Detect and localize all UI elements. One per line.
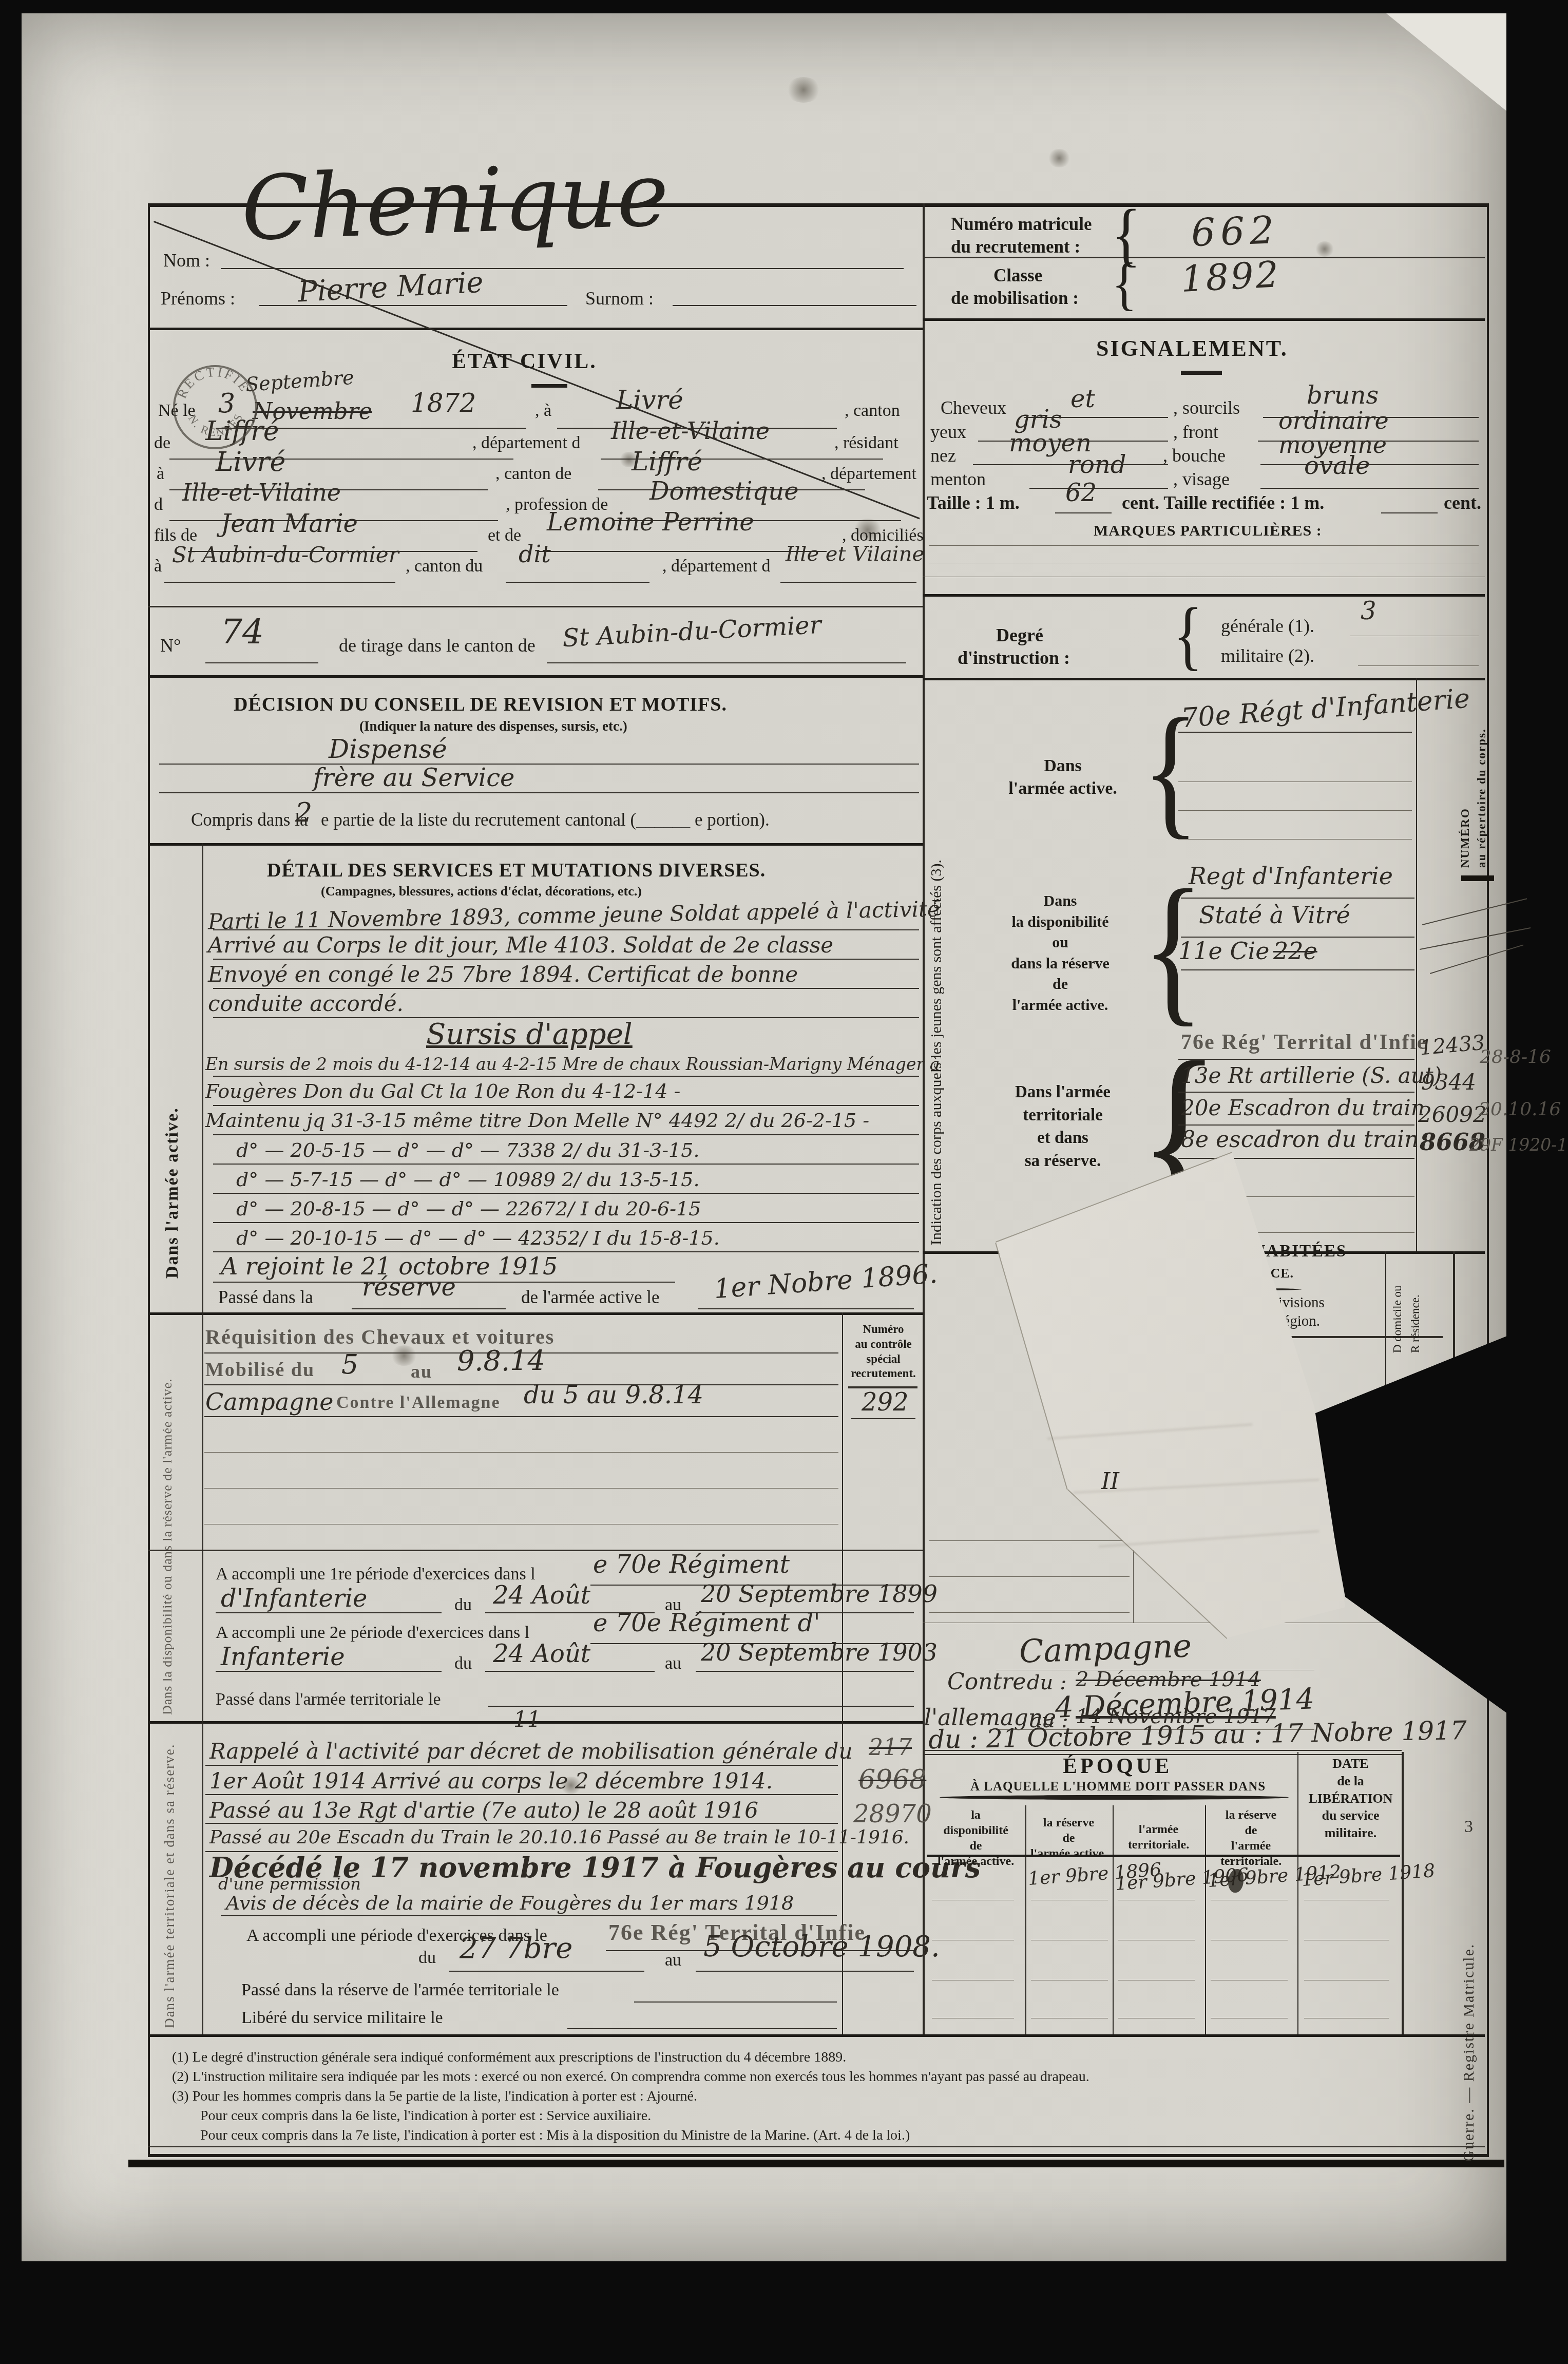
corps-dispo-value-3: 11e Cie (1178, 939, 1270, 964)
services-line: d° — 20-10-15 — d° — d° — 42352/ I du 15… (236, 1228, 720, 1249)
rule (1031, 2018, 1108, 2018)
epoque-brace-ornament (940, 1795, 1289, 1800)
classe-brace: { (1112, 253, 1137, 316)
rule (352, 1308, 506, 1309)
label: au (665, 1951, 681, 1970)
label: , département d (662, 557, 771, 576)
rule (1055, 512, 1112, 513)
rule (1211, 1900, 1288, 1900)
registre-matricule-imprint: Guerre. — Registre Matricule. (1461, 1843, 1477, 2162)
rule (213, 988, 919, 989)
periode1-regiment: e 70e Régiment (593, 1552, 790, 1578)
matricule-label-line1: Numéro matricule (951, 215, 1092, 234)
corps-terr-row-note: 29F 1920-18 (1469, 1136, 1568, 1154)
degre-label-1: Degré (996, 625, 1043, 645)
periode2-from: 24 Août (493, 1641, 590, 1668)
svg-text:RECTIFIÉ: RECTIFIÉ (174, 364, 253, 401)
services-title: DÉTAIL DES SERVICES ET MUTATIONS DIVERSE… (267, 860, 766, 881)
classe-label-line2: de mobilisation : (951, 289, 1079, 308)
section-line (923, 678, 1485, 680)
mobilise-from: 5 (341, 1350, 358, 1379)
sourcils-value: bruns (1307, 383, 1379, 409)
corps-territoriale-label: Dans l'armée territoriale et dans sa rés… (978, 1081, 1148, 1172)
departement-value-3: Ille et Vilaine (786, 543, 924, 565)
footnote-4: Pour ceux compris dans la 6e liste, l'in… (200, 2108, 651, 2124)
section-line (148, 328, 923, 330)
rule (1118, 1900, 1195, 1900)
corps-terr-row-num: 9344 (1421, 1071, 1476, 1094)
label: de (154, 434, 170, 453)
mobilise-au: au (411, 1362, 432, 1382)
bottom-heavy-bar (128, 2160, 1504, 2167)
menton-label: menton (930, 469, 986, 489)
surnom-label: Surnom : (585, 289, 654, 309)
label: d (154, 495, 163, 514)
decision-subtitle: (Indiquer la nature des dispenses, sursi… (359, 719, 627, 734)
menton-value: rond (1068, 452, 1126, 479)
rule (1211, 2018, 1288, 2018)
rule (1181, 969, 1414, 970)
corps-terr-row-note: 20.10.16 (1479, 1100, 1561, 1120)
nom-label: Nom : (163, 251, 210, 271)
surname-signature: Chenique (240, 147, 671, 257)
margin-number-struck: 217 (869, 1736, 912, 1760)
rule (213, 959, 919, 960)
matricule-label-line2: du recrutement : (951, 237, 1080, 257)
rule (547, 662, 906, 663)
rule (488, 1706, 914, 1707)
mother-name: Lemoine Perrine (547, 509, 754, 536)
rule (213, 1134, 919, 1135)
rule (851, 1418, 915, 1419)
epoque-col3-header: l'armée territoriale. (1114, 1822, 1203, 1853)
margin-label-territoriale: Dans l'armée territoriale et dans sa rés… (162, 1741, 177, 2028)
classe-value: 1892 (1180, 255, 1282, 299)
rule (204, 1488, 838, 1489)
roman-numeral-ii: II (1101, 1470, 1119, 1494)
avis-deces-line: Avis de décès de la mairie de Fougères d… (226, 1893, 794, 1914)
section-line (923, 1623, 1453, 1623)
services-line: d° — 20-5-15 — d° — d° — 7338 2/ du 31-3… (236, 1140, 700, 1161)
margin-label-disponibilite: Dans la disponibilité ou dans la réserve… (160, 1325, 175, 1715)
rule (780, 582, 916, 583)
rule (929, 1612, 1130, 1613)
marques-label: MARQUES PARTICULIÈRES : (1094, 523, 1322, 539)
permission-line: d'une permission (218, 1875, 361, 1893)
footnote-bottom-line (148, 2146, 1485, 2147)
rule (1118, 2018, 1195, 2018)
rule (213, 1222, 919, 1223)
numero-controle-header: Numéro au contrôle spécial recrutement. (846, 1322, 921, 1381)
passe-territoriale-label: Passé dans l'armée territoriale le (216, 1690, 441, 1709)
tirage-text: de tirage dans le canton de (339, 636, 536, 656)
rule (213, 1193, 919, 1194)
epoque-column-line (1025, 1805, 1026, 2034)
father-name: Jean Marie (221, 511, 358, 538)
taille-label: Taille : 1 m. (927, 493, 1020, 513)
rule (929, 1576, 1130, 1577)
rule (204, 1524, 838, 1524)
rule (929, 563, 1479, 563)
corps-terr-row-num: 26092 (1418, 1103, 1487, 1126)
campagne-word: Campagne (205, 1389, 333, 1415)
rule (1304, 1940, 1389, 1940)
rule (932, 1940, 1014, 1940)
territoriale-line: 1er Août 1914 Arrivé au corps le 2 décem… (209, 1769, 773, 1793)
corps-terr-row-name: 76e Rég' Territal d'Infie (1181, 1031, 1427, 1054)
label: à (154, 557, 162, 576)
margin-column-line (202, 843, 203, 2034)
corps-terr-row-note: 28-8-16 (1480, 1047, 1551, 1067)
front-label: , front (1173, 422, 1218, 442)
corps-dispo-value-2: Staté à Vitré (1199, 903, 1350, 928)
rule (164, 582, 395, 583)
passe-territoriale-value: 11 (513, 1708, 541, 1731)
label: à (157, 465, 164, 484)
rule (1178, 781, 1412, 782)
visage-label: , visage (1173, 469, 1230, 489)
tirage-number: 74 (221, 614, 264, 650)
services-line: Envoyé en congé le 25 7bre 1894. Certifi… (208, 963, 798, 986)
prenoms-label: Prénoms : (161, 289, 235, 309)
rule (204, 1452, 838, 1453)
contre-allemagne-stamp: Contre l'Allemagne (336, 1394, 501, 1413)
center-divider-line (923, 203, 925, 2036)
degre-brace: { (1173, 594, 1203, 677)
rule (932, 2018, 1014, 2018)
visage-value: ovale (1304, 453, 1370, 480)
yeux-label: yeux (930, 422, 966, 442)
margin-number: 28970 (853, 1801, 932, 1828)
rule (216, 1671, 442, 1672)
rule (929, 1540, 1130, 1541)
libere-label: Libéré du service militaire le (241, 2009, 443, 2028)
rule (1178, 1059, 1414, 1060)
label: , à (535, 402, 551, 421)
rule (449, 1971, 644, 1972)
label: au (665, 1654, 681, 1673)
rule (205, 662, 318, 663)
nez-label: nez (930, 446, 956, 466)
tirage-no-label: N° (160, 636, 181, 656)
periode1-from: 24 Août (493, 1583, 590, 1609)
rule (1031, 1940, 1108, 1940)
rule (1350, 636, 1479, 636)
rule (634, 2001, 837, 2003)
rule (932, 1980, 1014, 1980)
corps-number-column-line (1416, 678, 1417, 1251)
campagne-contre: Contre (947, 1670, 1026, 1694)
corps-terr-row-name: 8e escadron du train (1181, 1128, 1419, 1152)
footnote-2: (2) L'instruction militaire sera indiqué… (172, 2069, 1089, 2085)
rule (1304, 1900, 1389, 1900)
services-line: d° — 20-8-15 — d° — d° — 22672/ I du 20-… (236, 1198, 701, 1219)
repertoire-tick-bar (1461, 875, 1494, 881)
passe-reserve-label-2: de l'armée active le (521, 1288, 660, 1307)
rule (213, 1164, 919, 1165)
cheveux-label: Cheveux (941, 398, 1006, 418)
campagne-heading: Campagne (1019, 1629, 1192, 1669)
rule (1260, 488, 1479, 489)
epoque-column-line (1297, 1752, 1298, 2034)
departement-value-2: Ille-et-Vilaine (182, 480, 341, 506)
cheveux-value: et (1070, 386, 1095, 413)
stamp-arc-top: RECTIFIÉ (174, 364, 253, 401)
rule (1031, 1980, 1108, 1980)
classe-label-line1: Classe (993, 266, 1042, 285)
section-line (148, 606, 923, 607)
corps-dispo-value-1: Regt d'Infanterie (1189, 864, 1393, 889)
residence-value: Livré (216, 448, 285, 476)
decision-title: DÉCISION DU CONSEIL DE REVISION ET MOTIF… (234, 694, 727, 715)
label: du (418, 1949, 436, 1968)
rule (485, 1671, 655, 1672)
rule (567, 2028, 837, 2029)
rule (204, 1384, 838, 1385)
rule (696, 1971, 914, 1972)
rule (213, 1076, 919, 1077)
mobilise-label: Mobilisé du (205, 1360, 315, 1381)
passe-reserve-value-1: réserve (362, 1274, 456, 1301)
title-ornament (531, 384, 567, 388)
rule (216, 1612, 442, 1613)
sursis-heading: Sursis d'appel (426, 1019, 633, 1050)
decision-value-1: Dispensé (329, 735, 447, 763)
section-line (148, 675, 923, 678)
periode2-to: 20 Septembre 1903 (701, 1640, 938, 1666)
taille-rectifiee-label: cent. Taille rectifiée : 1 m. (1122, 493, 1324, 513)
rule (1178, 839, 1412, 840)
exercice-from: 27 7bre (460, 1933, 572, 1964)
periode2-regiment: e 70e Régiment d' (593, 1610, 820, 1637)
rectification-stamp: RECTIFIÉ N. RENNES (171, 363, 259, 451)
passe-reserve-territoriale-label: Passé dans la réserve de l'armée territo… (241, 1981, 559, 2000)
epoque-title: ÉPOQUE (1063, 1755, 1172, 1778)
signalement-title: SIGNALEMENT. (1096, 336, 1288, 361)
mobilise-to: 9.8.14 (457, 1346, 545, 1376)
stamp-arc-bottom: N. RENNES (186, 411, 245, 439)
rule (1381, 512, 1438, 513)
corps-active-label: Dans l'armée active. (981, 755, 1145, 800)
territoriale-line: Rappelé à l'activité par décret de mobil… (209, 1740, 852, 1763)
instruction-generale-value: 3 (1361, 598, 1376, 625)
rule (1118, 1940, 1195, 1940)
periode1-label: A accompli une 1re période d'exercices d… (216, 1565, 536, 1584)
services-line: Arrivé au Corps le dit jour, Mle 4103. S… (208, 933, 833, 957)
margin-label-armee-active: Dans l'armée active. (163, 919, 182, 1279)
services-line: En sursis de 2 mois du 4-12-14 au 4-2-15… (205, 1055, 940, 1074)
paper-stain (786, 77, 821, 103)
periode1-inf: d'Infanterie (221, 1586, 368, 1612)
section-line (923, 594, 1485, 597)
services-line: conduite accordé. (208, 992, 404, 1015)
etat-civil-title: ÉTAT CIVIL. (452, 350, 597, 373)
rule (1178, 1092, 1414, 1093)
rule (213, 1105, 919, 1106)
corps-vertical-label: Indication des corps auxquels les jeunes… (928, 688, 945, 1245)
surnom-rule (673, 305, 916, 306)
prenoms-rule (259, 305, 567, 306)
footnote-separator-line (148, 2034, 1485, 2037)
compris-value: 2 (295, 798, 312, 827)
rule (205, 1794, 838, 1795)
numero-controle-value: 292 (862, 1389, 909, 1416)
label: , canton (845, 402, 900, 421)
rule (1211, 1940, 1288, 1940)
page-number: 3 (1464, 1818, 1473, 1837)
sourcils-label: , sourcils (1173, 398, 1240, 418)
exercice-to: 5 Octobre 1908. (703, 1932, 940, 1962)
section-line (923, 577, 1485, 577)
domicile-value: St Aubin-du-Cormier (172, 543, 399, 566)
domicile-residence-vertical: D domicile ou R résidence. (1389, 1255, 1424, 1353)
services-line: Maintenu jq 31-3-15 même titre Don Melle… (205, 1110, 869, 1131)
rule (506, 582, 649, 583)
taille-value: 62 (1065, 480, 1097, 507)
rule (1118, 1980, 1195, 1980)
rule (696, 1671, 914, 1672)
front-value: ordinaire (1278, 408, 1389, 434)
compris-post: e partie de la liste du recrutement cant… (321, 810, 770, 830)
decision-value-2: frère au Service (313, 765, 515, 792)
territoriale-line: Passé au 13e Rgt d'artie (7e auto) le 28… (209, 1799, 758, 1822)
corps-terr-row-name: 20e Escadron du train (1181, 1096, 1425, 1119)
territoriale-line: Passé au 20e Escadn du Train le 20.10.16… (209, 1828, 909, 1848)
label: et de (488, 526, 521, 545)
services-line: d° — 5-7-15 — d° — d° — 10989 2/ du 13-5… (236, 1169, 700, 1190)
rule (1211, 1980, 1288, 1980)
label: , canton du (406, 557, 483, 576)
rule (205, 1823, 838, 1824)
rule (1178, 732, 1412, 733)
rule (1304, 2018, 1389, 2018)
matricule-value: 662 (1191, 210, 1280, 254)
corps-dispo-label: Dans la disponibilité ou dans la réserve… (973, 891, 1148, 1016)
rule (1181, 898, 1414, 899)
cent-label: cent. (1444, 493, 1481, 513)
rule (159, 792, 919, 793)
footnote-5: Pour ceux compris dans la 7e liste, l'in… (200, 2128, 910, 2143)
profession-value: Domestique (649, 479, 799, 505)
epoque-column-line (1205, 1805, 1206, 2034)
rule (539, 551, 827, 552)
services-line: Fougères Don du Gal Ct la 10e Ron du 4-1… (205, 1081, 680, 1102)
rule (213, 929, 919, 930)
degre-label-2: d'instruction : (958, 648, 1070, 668)
label: , département (821, 465, 916, 484)
rule (1178, 810, 1412, 811)
rule (159, 764, 919, 765)
svg-text:N. RENNES: N. RENNES (186, 411, 245, 439)
periode2-label: A accompli une 2e période d'exercices da… (216, 1624, 529, 1643)
title-ornament (1181, 371, 1222, 375)
instruction-generale-label: générale (1). (1221, 616, 1314, 636)
label: , département d (472, 434, 581, 453)
label: du (454, 1596, 472, 1615)
rule (204, 1416, 838, 1417)
campagne-dates: du 5 au 9.8.14 (524, 1382, 703, 1409)
footnote-1: (1) Le degré d'instruction générale sera… (172, 2050, 846, 2065)
rule (1031, 1900, 1108, 1900)
epoque-col1-header: la disponibilité de l'armée active. (928, 1807, 1023, 1869)
epoque-header-rule (927, 1855, 1400, 1857)
section-line (148, 843, 923, 846)
periode1-to: 20 Septembre 1899 (701, 1581, 938, 1607)
periode2-inf: Infanterie (221, 1644, 345, 1671)
birth-place: Livré (616, 386, 683, 414)
rule (929, 545, 1479, 546)
rule (1304, 1980, 1389, 1980)
section-line (148, 1550, 923, 1551)
canton-value-2: Liffré (632, 448, 702, 475)
bouche-label: , bouche (1163, 446, 1226, 466)
margin-number-struck: 6968 (858, 1765, 926, 1794)
footnote-3: (3) Pour les hommes compris dans la 5e p… (172, 2089, 697, 2104)
birth-year: 1872 (411, 389, 476, 417)
rule (1178, 1124, 1414, 1126)
rule (221, 1915, 837, 1916)
corps-dispo-value-struck: 22e (1273, 939, 1317, 964)
label: , résidant (834, 434, 898, 453)
label: , canton de (495, 465, 571, 484)
services-subtitle: (Campagnes, blessures, actions d'éclat, … (321, 884, 642, 899)
rule (1029, 488, 1168, 489)
instruction-militaire-label: militaire (2). (1221, 646, 1314, 666)
label: du (454, 1654, 472, 1673)
epoque-column-line (1113, 1805, 1114, 2034)
epoque-col4-header: la réserve de l'armée territoriale. (1207, 1807, 1295, 1869)
corps-terr-row-name: 13e Rt artillerie (S. aut) (1181, 1064, 1442, 1087)
scanned-register-page: Chenique Nom : Prénoms : Pierre Marie Su… (0, 0, 1568, 2364)
epoque-right-line (1402, 1752, 1404, 2034)
compris-label: Compris dans la (191, 810, 308, 830)
section-line (923, 318, 1485, 321)
date-liberation-header: DATE de la LIBÉRATION du service militai… (1303, 1755, 1398, 1842)
epoque-subtitle: À LAQUELLE L'HOMME DOIT PASSER DANS (970, 1780, 1266, 1794)
nom-rule (221, 268, 904, 269)
rule (205, 1765, 838, 1766)
section-line (148, 1312, 923, 1315)
canton-dit: dit (519, 542, 551, 567)
departement-value: Ille-et-Vilaine (611, 418, 770, 444)
paper-stain (1047, 149, 1071, 167)
rule (698, 1308, 914, 1309)
passe-reserve-label-1: Passé dans la (218, 1288, 313, 1307)
rule (932, 1900, 1014, 1900)
